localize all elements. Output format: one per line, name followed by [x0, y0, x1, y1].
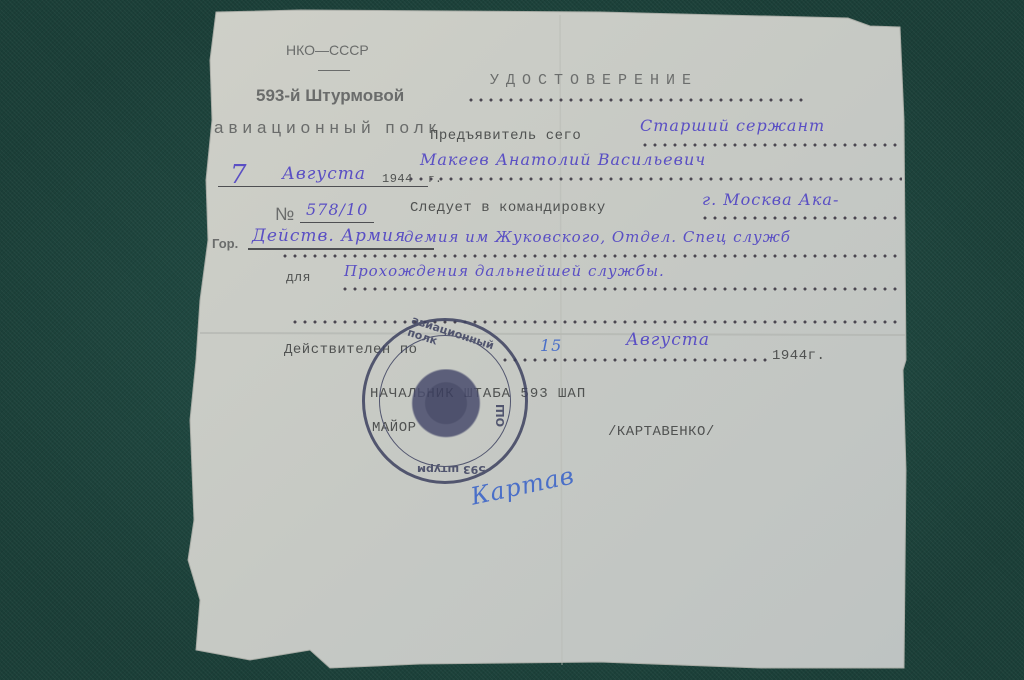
purpose-label: для	[286, 270, 311, 285]
destination-line1: г. Москва Ака-	[702, 190, 839, 209]
issue-date-month: Августа	[282, 164, 366, 184]
doc-number-label: №	[275, 204, 294, 225]
doc-number-value: 578/10	[306, 200, 368, 219]
purpose-dots	[340, 287, 902, 291]
stamp-text-bottom: 593 штурм	[417, 463, 486, 476]
letterhead-unit-line2: авиационный полк	[214, 118, 441, 138]
bearer-rank-dots	[640, 143, 902, 147]
city-underline	[248, 248, 434, 250]
bearer-rank: Старший сержант	[640, 116, 825, 135]
bearer-label: Предъявитель сего	[430, 128, 581, 144]
stamp-text-side: ОШ	[494, 404, 507, 427]
bearer-name-dots	[406, 177, 902, 181]
soviet-emblem-icon	[403, 369, 489, 445]
signatory-name: /КАРТАВЕНКО/	[608, 424, 715, 440]
city-label: Гор.	[212, 236, 238, 251]
city-value: Действ. Армия	[252, 226, 406, 246]
travel-label: Следует в командировку	[410, 200, 606, 216]
doc-number-underline	[300, 222, 374, 223]
letterhead-unit-line1: 593-й Штурмовой	[256, 86, 404, 106]
official-stamp: авиационный полк ОШ 593 штурм	[362, 318, 528, 484]
valid-day: 15	[540, 336, 562, 355]
purpose-value: Прохождения дальнейшей службы.	[344, 262, 665, 280]
document-paper: НКО—СССР 593-й Штурмовой авиационный пол…	[0, 0, 1024, 680]
valid-dots	[500, 358, 770, 362]
valid-month: Августа	[626, 330, 710, 350]
destination-line2: демия им Жуковского, Отдел. Спец служб	[404, 228, 791, 246]
valid-year: 1944г.	[772, 348, 825, 364]
destination-line2-dots	[280, 254, 902, 258]
letterhead-org: НКО—СССР	[286, 42, 369, 58]
destination-line1-dots	[700, 216, 900, 220]
bearer-name: Макеев Анатолий Васильевич	[420, 150, 706, 169]
document-title: УДОСТОВЕРЕНИЕ	[490, 72, 698, 89]
letterhead-divider	[318, 70, 350, 71]
blank-line-dots	[290, 320, 902, 324]
title-dots	[466, 98, 804, 102]
paper-sheet	[0, 0, 1024, 680]
issue-date-underline	[218, 186, 428, 187]
